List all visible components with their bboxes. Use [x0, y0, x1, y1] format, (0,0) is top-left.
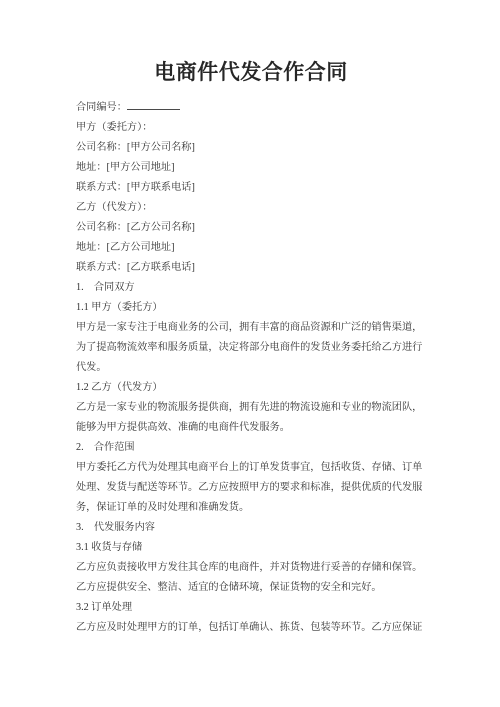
paragraph-line: 处理、发货与配送等环节。乙方应按照甲方的要求和标准，提供优质的代发服 [76, 478, 426, 498]
paragraph-line: 为了提高物流效率和服务质量，决定将部分电商件的发货业务委托给乙方进行 [76, 338, 426, 358]
party-a-address-field: 地址：[甲方公司地址] [76, 158, 426, 178]
document-body: 合同编号：甲方（委托方）：公司名称：[甲方公司名称]地址：[甲方公司地址]联系方… [76, 98, 426, 638]
line-text: 地址：[乙方公司地址] [76, 242, 174, 253]
line-text: 3.1 收货与存储 [76, 542, 142, 553]
line-text: 1.2 乙方（代发方） [76, 382, 163, 393]
document-title: 电商件代发合作合同 [76, 59, 426, 85]
paragraph-line: 乙方应负责接收甲方发往其仓库的电商件，并对货物进行妥善的存储和保管。 [76, 558, 426, 578]
line-text: 3. 代发服务内容 [76, 522, 155, 533]
line-text: 1.1 甲方（委托方） [76, 302, 163, 313]
contract-number-line: 合同编号： [76, 98, 426, 118]
line-text: 务，保证订单的及时处理和准确发货。 [76, 502, 249, 513]
line-text: 乙方是一家专业的物流服务提供商，拥有先进的物流设施和专业的物流团队， [76, 402, 422, 413]
line-text: 乙方应提供安全、整洁、适宜的仓储环境，保证货物的安全和完好。 [76, 582, 382, 593]
line-text: 2. 合作范围 [76, 442, 135, 453]
paragraph-line: 乙方应及时处理甲方的订单，包括订单确认、拣货、包装等环节。乙方应保证 [76, 618, 426, 638]
line-text: 公司名称：[乙方公司名称] [76, 222, 195, 233]
party-a-contact-field: 联系方式：[甲方联系电话] [76, 178, 426, 198]
party-b-label: 乙方（代发方）： [76, 198, 426, 218]
line-text: 甲方（委托方）： [76, 122, 152, 133]
party-a-company-field: 公司名称：[甲方公司名称] [76, 138, 426, 158]
line-text: 乙方应及时处理甲方的订单，包括订单确认、拣货、包装等环节。乙方应保证 [76, 622, 422, 633]
line-text: 合同编号： [76, 102, 127, 113]
contract-number-blank [127, 98, 180, 110]
line-text: 能够为甲方提供高效、准确的电商件代发服务。 [76, 422, 290, 433]
line-text: 联系方式：[甲方联系电话] [76, 182, 195, 193]
line-text: 3.2 订单处理 [76, 602, 132, 613]
line-text: 地址：[甲方公司地址] [76, 162, 174, 173]
line-text: 代发。 [76, 362, 107, 373]
paragraph-line: 代发。 [76, 358, 426, 378]
line-text: 乙方应负责接收甲方发往其仓库的电商件，并对货物进行妥善的存储和保管。 [76, 562, 422, 573]
party-a-label: 甲方（委托方）： [76, 118, 426, 138]
paragraph-line: 乙方应提供安全、整洁、适宜的仓储环境，保证货物的安全和完好。 [76, 578, 426, 598]
section-1-1-heading: 1.1 甲方（委托方） [76, 298, 426, 318]
line-text: 甲方委托乙方代为处理其电商平台上的订单发货事宜，包括收货、存储、订单 [76, 462, 422, 473]
paragraph-line: 乙方是一家专业的物流服务提供商，拥有先进的物流设施和专业的物流团队， [76, 398, 426, 418]
paragraph-line: 能够为甲方提供高效、准确的电商件代发服务。 [76, 418, 426, 438]
paragraph-line: 甲方是一家专注于电商业务的公司，拥有丰富的商品资源和广泛的销售渠道， [76, 318, 426, 338]
paragraph-line: 务，保证订单的及时处理和准确发货。 [76, 498, 426, 518]
section-2-heading: 2. 合作范围 [76, 438, 426, 458]
line-text: 公司名称：[甲方公司名称] [76, 142, 195, 153]
party-b-contact-field: 联系方式：[乙方联系电话] [76, 258, 426, 278]
section-1-2-heading: 1.2 乙方（代发方） [76, 378, 426, 398]
section-3-1-heading: 3.1 收货与存储 [76, 538, 426, 558]
section-3-heading: 3. 代发服务内容 [76, 518, 426, 538]
line-text: 1. 合同双方 [76, 282, 135, 293]
line-text: 甲方是一家专注于电商业务的公司，拥有丰富的商品资源和广泛的销售渠道， [76, 322, 422, 333]
section-1-heading: 1. 合同双方 [76, 278, 426, 298]
line-text: 处理、发货与配送等环节。乙方应按照甲方的要求和标准，提供优质的代发服 [76, 482, 422, 493]
line-text: 乙方（代发方）： [76, 202, 152, 213]
contract-document-page: 电商件代发合作合同 合同编号：甲方（委托方）：公司名称：[甲方公司名称]地址：[… [0, 0, 500, 707]
paragraph-line: 甲方委托乙方代为处理其电商平台上的订单发货事宜，包括收货、存储、订单 [76, 458, 426, 478]
line-text: 为了提高物流效率和服务质量，决定将部分电商件的发货业务委托给乙方进行 [76, 342, 422, 353]
party-b-company-field: 公司名称：[乙方公司名称] [76, 218, 426, 238]
line-text: 联系方式：[乙方联系电话] [76, 262, 195, 273]
party-b-address-field: 地址：[乙方公司地址] [76, 238, 426, 258]
section-3-2-heading: 3.2 订单处理 [76, 598, 426, 618]
